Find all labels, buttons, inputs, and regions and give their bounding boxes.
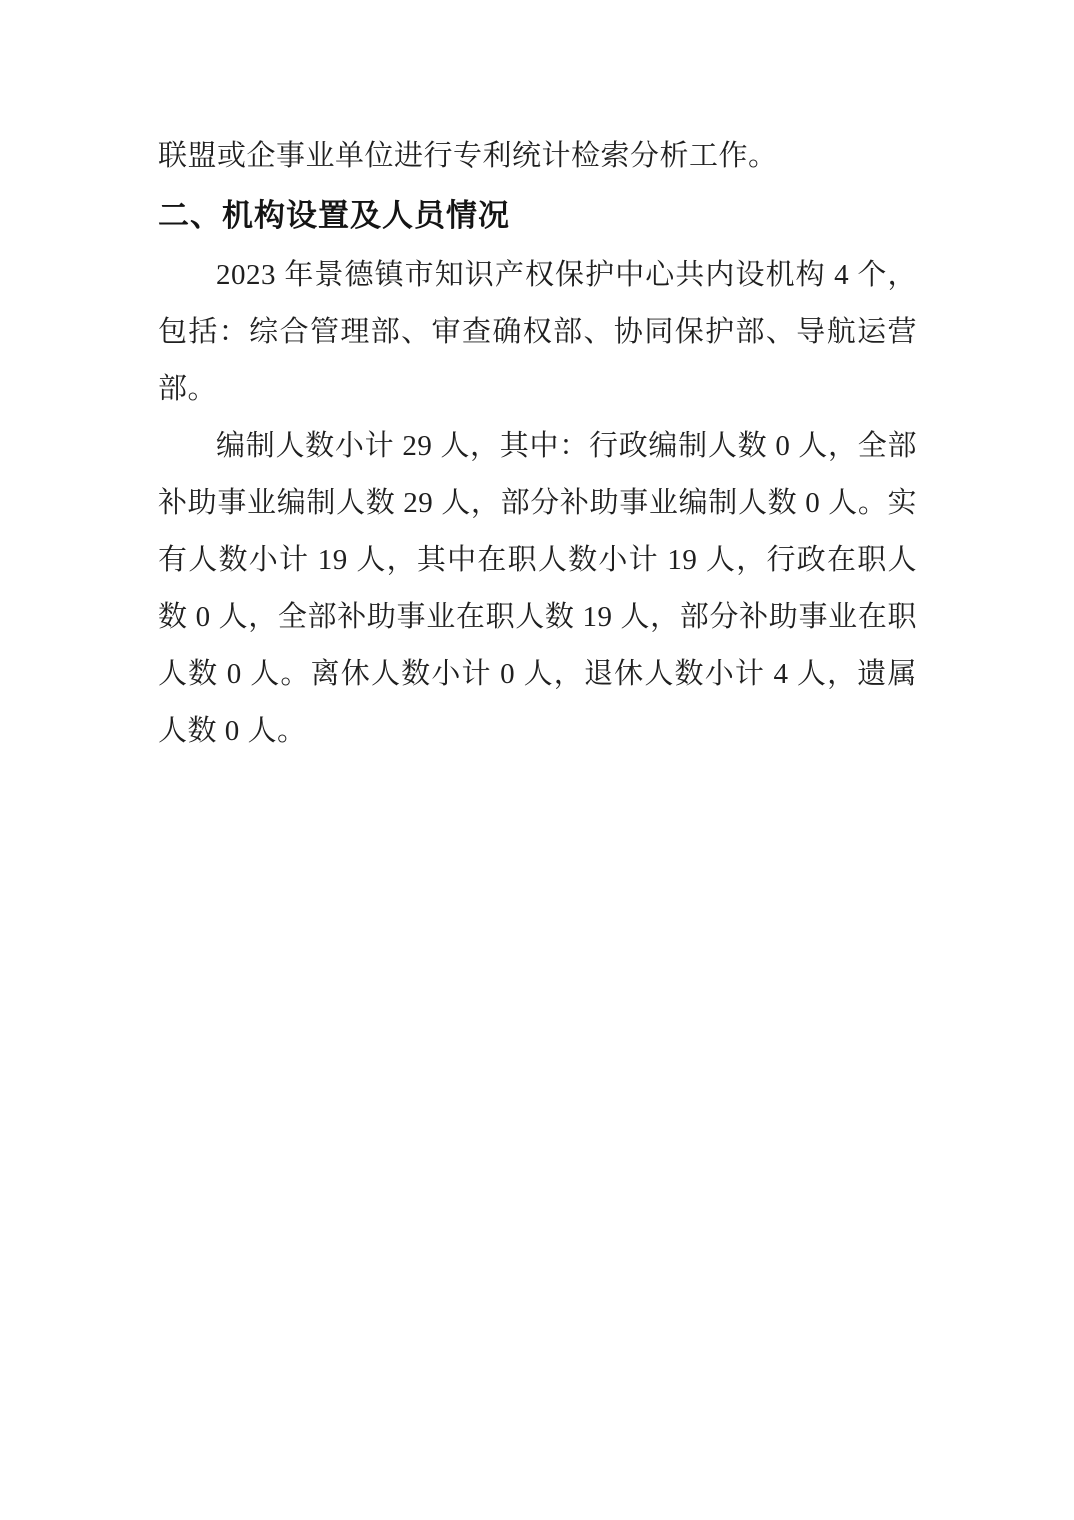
body-paragraph-1: 2023 年景德镇市知识产权保护中心共内设机构 4 个，包括：综合管理部、审查确… bbox=[158, 247, 917, 418]
section-heading: 二、机构设置及人员情况 bbox=[158, 185, 917, 247]
document-page: 联盟或企事业单位进行专利统计检索分析工作。 二、机构设置及人员情况 2023 年… bbox=[0, 0, 1074, 1520]
paragraph-continuation: 联盟或企事业单位进行专利统计检索分析工作。 bbox=[158, 128, 917, 185]
page-content: 联盟或企事业单位进行专利统计检索分析工作。 二、机构设置及人员情况 2023 年… bbox=[158, 128, 917, 760]
body-paragraph-2: 编制人数小计 29 人，其中：行政编制人数 0 人，全部补助事业编制人数 29 … bbox=[158, 418, 917, 760]
